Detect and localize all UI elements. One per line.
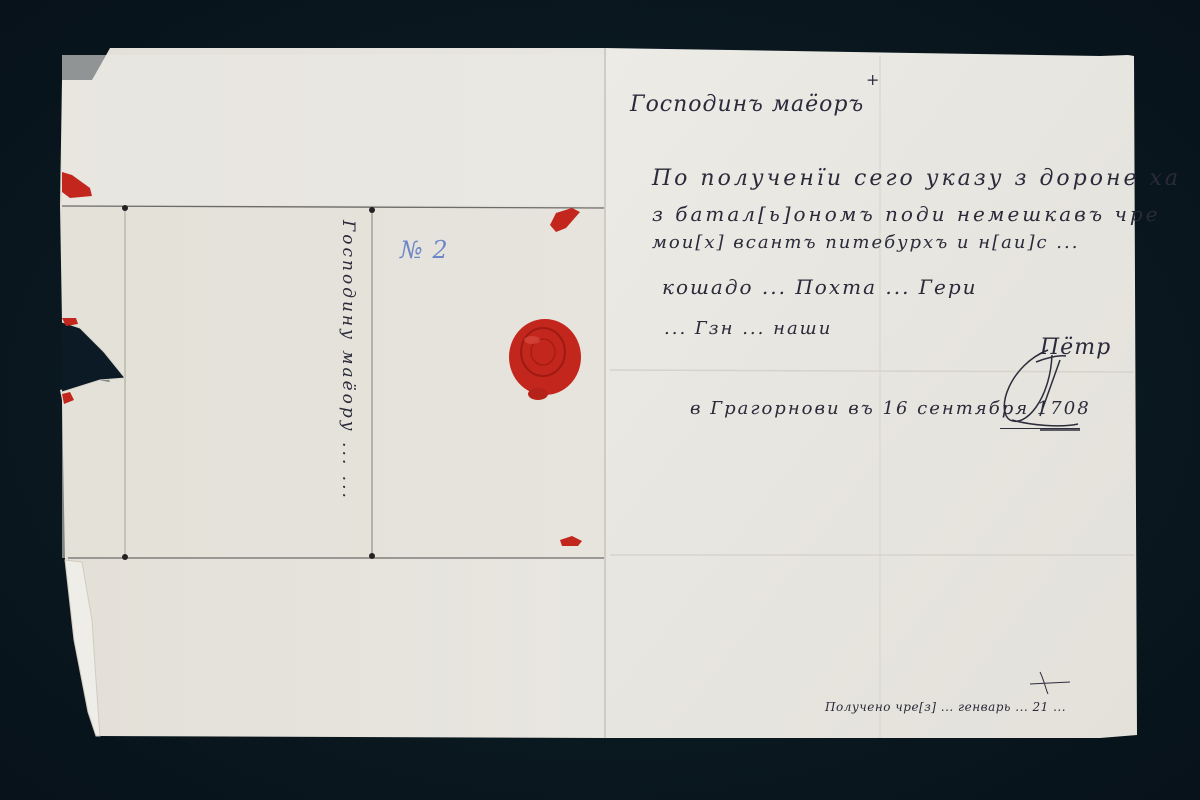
top-cross-mark: +: [866, 70, 880, 89]
letter-line-5: ... Гзн ... наши: [664, 318, 832, 339]
wax-fragment-left-top: [62, 172, 92, 198]
vertical-address: Господину маёору ... ...: [338, 220, 358, 501]
wax-fragment-left-mid: [62, 318, 78, 326]
letter-line-2: з батал[ь]ономъ поди немешкавъ чре: [652, 202, 1161, 226]
letter-line-4: кошадо ... Похта ... Гери: [662, 275, 978, 299]
letter-paper: + Господинъ маёоръ По полученïи сего ука…: [0, 0, 1200, 800]
letter-line-1: По полученïи сего указу з дороне ха: [652, 166, 1181, 191]
wax-fragment-left-low: [62, 392, 74, 404]
main-wax-seal: [509, 319, 581, 400]
letter-line-3: мои[х] всантъ питебурхъ и н[аи]с ...: [652, 232, 1079, 253]
pencil-number: № 2: [400, 236, 449, 264]
date-underline: [1000, 428, 1080, 429]
date-line: в Грагорнови въ 16 сентября 1708: [690, 398, 1091, 419]
signature: Пётр: [1040, 335, 1111, 360]
docket-flourish: [1030, 672, 1070, 694]
docket-note: Получено чре[з] ... генварь ... 21 ...: [825, 700, 1066, 714]
salutation: Господинъ маёоръ: [630, 92, 864, 117]
wax-fragment-bottom: [560, 536, 582, 546]
wax-fragment-top: [550, 208, 580, 232]
